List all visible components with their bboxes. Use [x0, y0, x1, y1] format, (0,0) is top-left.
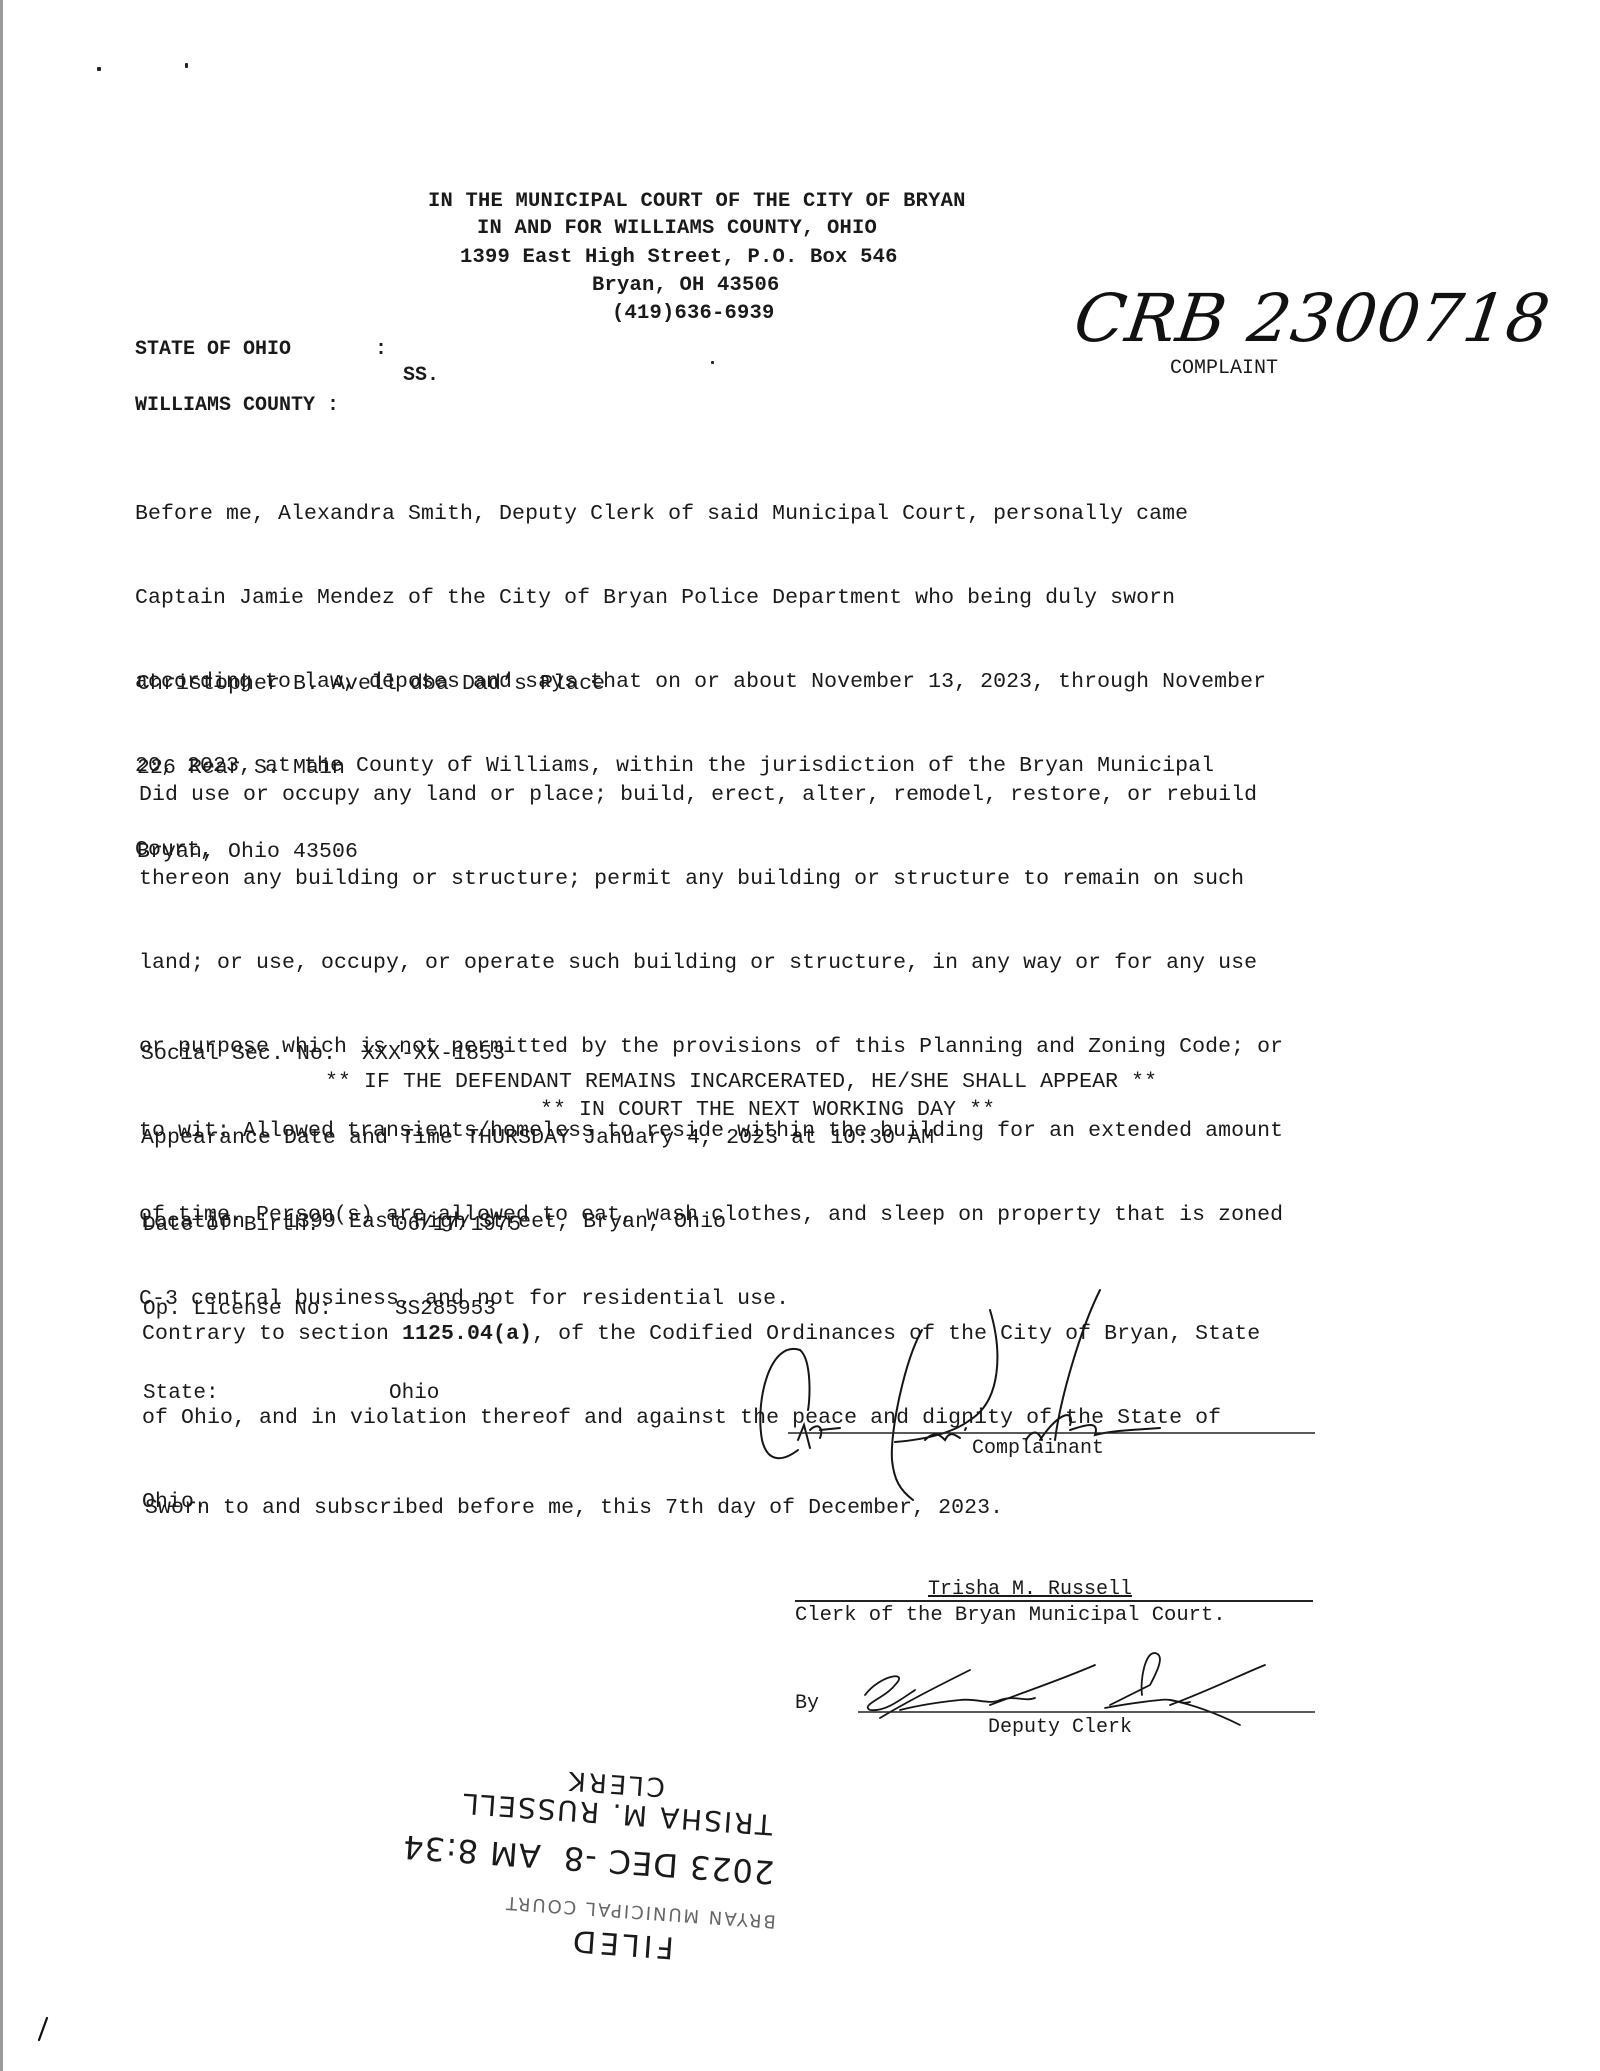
- clerk-signature-line: [795, 1600, 1313, 1602]
- venue-county: WILLIAMS COUNTY :: [135, 394, 339, 417]
- venue-ss: SS.: [403, 364, 439, 387]
- defendant-name: Christopher B. Avell dba Dad’s Place: [137, 670, 605, 698]
- document-type-label: COMPLAINT: [1170, 357, 1278, 380]
- stamp-filed: FILED: [568, 1922, 675, 1964]
- incarceration-notice-2: ** IN COURT THE NEXT WORKING DAY **: [540, 1096, 995, 1124]
- ssn-value: XXX-XX-1853: [362, 1042, 505, 1066]
- clerk-name: Trisha M. Russell: [928, 1578, 1132, 1601]
- complainant-label: Complainant: [972, 1437, 1104, 1460]
- clerk-title: Clerk of the Bryan Municipal Court.: [795, 1604, 1226, 1627]
- stamp-court: BRYAN MUNICIPAL COURT: [504, 1892, 777, 1932]
- scan-speck: [185, 63, 188, 68]
- appearance-datetime-value: THURSDAY January 4, 2023 at 10:30 AM: [466, 1126, 934, 1150]
- sworn-statement: Sworn to and subscribed before me, this …: [145, 1494, 1003, 1522]
- ssn-label: Social Sec. No.: [141, 1042, 336, 1066]
- dob-label: Date of Birth:: [143, 1212, 332, 1240]
- filed-stamp: FILED BRYAN MUNICIPAL COURT 2023 DEC -8 …: [412, 1727, 807, 1983]
- court-county-line: IN AND FOR WILLIAMS COUNTY, OHIO: [477, 217, 877, 240]
- court-phone-line: (419)636-6939: [612, 302, 775, 325]
- stray-pen-mark: [35, 2015, 55, 2045]
- venue-state-colon: :: [375, 338, 387, 361]
- charge-line: Did use or occupy any land or place; bui…: [139, 781, 1283, 809]
- appearance-datetime-label: Appearance Date and Time: [141, 1126, 453, 1150]
- scan-speck: [97, 67, 101, 71]
- charge-line: thereon any building or structure; permi…: [139, 865, 1283, 893]
- case-number-handwritten: CRB 2300718: [1070, 280, 1555, 357]
- ordinance-section: 1125.04(a): [402, 1322, 532, 1346]
- dob-value: 06/17/1975: [395, 1212, 521, 1240]
- incarceration-notice-1: ** IF THE DEFENDANT REMAINS INCARCERATED…: [325, 1068, 1157, 1096]
- by-label: By: [795, 1692, 819, 1715]
- court-name-line: IN THE MUNICIPAL COURT OF THE CITY OF BR…: [428, 190, 966, 213]
- preamble-line: Before me, Alexandra Smith, Deputy Clerk…: [135, 500, 1266, 528]
- venue-state: STATE OF OHIO: [135, 338, 291, 361]
- charge-line: land; or use, occupy, or operate such bu…: [139, 949, 1283, 977]
- court-city-line: Bryan, OH 43506: [592, 274, 780, 297]
- preamble-line: Captain Jamie Mendez of the City of Brya…: [135, 584, 1266, 612]
- court-address-line: 1399 East High Street, P.O. Box 546: [460, 246, 898, 269]
- deputy-clerk-label: Deputy Clerk: [988, 1716, 1132, 1739]
- scan-speck: [711, 361, 714, 364]
- scan-edge: [0, 0, 3, 2071]
- violation-prefix: Contrary to section: [142, 1322, 402, 1346]
